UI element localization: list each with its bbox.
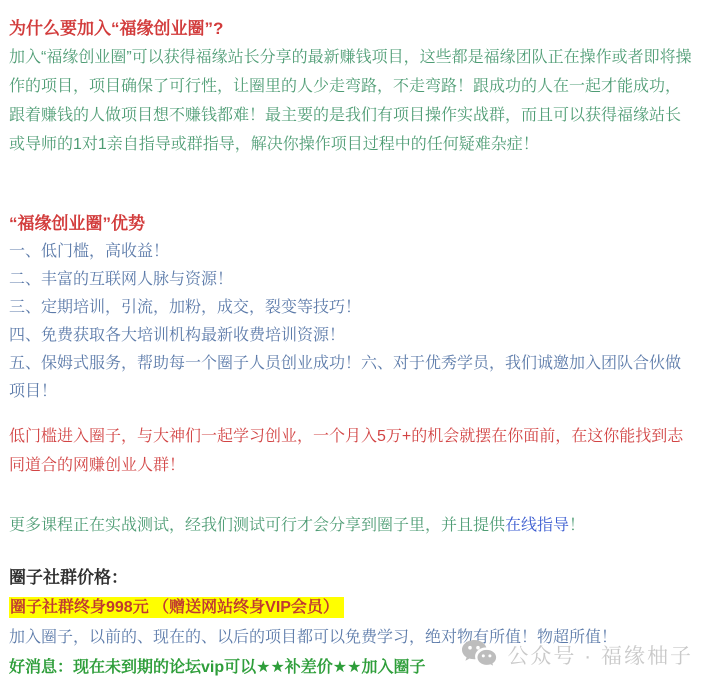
online-guidance-link[interactable]: 在线指导 [505,517,569,534]
watermark-text: 公众号 · 福缘柚子 [507,640,693,670]
intro-body: 加入“福缘创业圈”可以获得福缘站长分享的最新赚钱项目，这些都是福缘团队正在操作或… [9,43,693,159]
wechat-icon [461,639,498,670]
advantage-item-3: 三、定期培训，引流，加粉，成交，裂变等技巧！ [9,294,693,322]
intro-title: 为什么要加入“福缘创业圈”? [9,14,693,43]
advantage-item-5-6: 五、保姆式服务，帮助每一个圈子人员创业成功！六、对于优秀学员，我们诚邀加入团队合… [9,350,693,406]
advantages-list: 一、低门槛，高收益！ 二、丰富的互联网人脉与资源！ 三、定期培训，引流，加粉，成… [9,238,693,406]
courses-suffix: ！ [569,517,585,534]
pricing-highlight-line: 圈子社群终身998元 （赠送网站终身VIP会员） [9,593,693,623]
courses-line: 更多课程正在实战测试，经我们测试可行才会分享到圈子里，并且提供在线指导！ [9,511,693,540]
courses-prefix: 更多课程正在实战测试，经我们测试可行才会分享到圈子里，并且提供 [9,517,505,534]
article-page: 为什么要加入“福缘创业圈”? 加入“福缘创业圈”可以获得福缘站长分享的最新赚钱项… [0,0,701,677]
advantage-item-2: 二、丰富的互联网人脉与资源！ [9,266,693,294]
pricing-heading: 圈子社群价格： [9,563,693,593]
advantages-heading: “福缘创业圈”优势 [9,209,693,238]
advantage-item-4: 四、免费获取各大培训机构最新收费培训资源！ [9,322,693,350]
watermark: 公众号 · 福缘柚子 [461,639,693,670]
pitch-paragraph: 低门槛进入圈子，与大神们一起学习创业，一个月入5万+的机会就摆在你面前，在这你能… [9,422,693,480]
advantage-item-1: 一、低门槛，高收益！ [9,238,693,266]
price-highlight: 圈子社群终身998元 （赠送网站终身VIP会员） [9,597,344,618]
